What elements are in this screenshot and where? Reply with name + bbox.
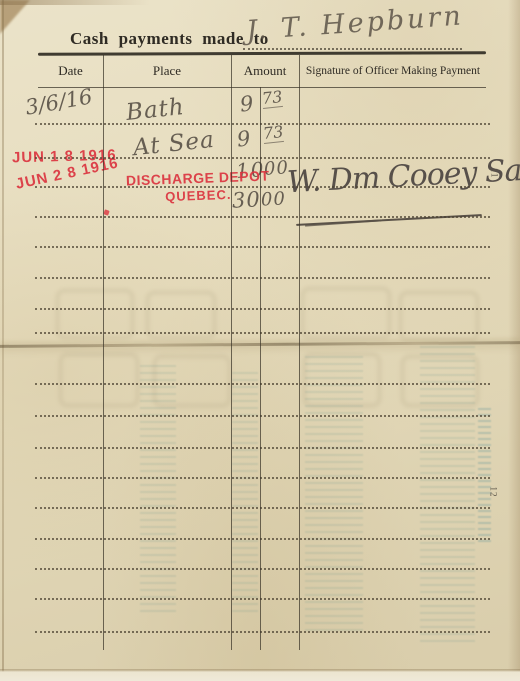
left-edge-line — [2, 0, 4, 681]
bottom-edge-strip — [0, 669, 520, 681]
entry-cents-2: 73 — [262, 122, 284, 144]
table-top-rule — [38, 51, 486, 56]
header-underline — [38, 87, 486, 88]
col-header-place: Place — [103, 63, 231, 79]
bleed-through-ghost — [58, 352, 140, 408]
table-column-divider — [260, 87, 261, 650]
col-header-amount: Amount — [231, 63, 299, 79]
bleed-through-text-column — [140, 365, 176, 615]
table-column-divider — [299, 55, 300, 650]
stamp-ink-speck — [103, 209, 109, 215]
page-number-upper: 11 — [489, 168, 499, 179]
entry-date-1: 3/6/16 — [23, 84, 94, 119]
entry-cents-1: 73 — [261, 87, 283, 109]
entry-dollars-1: 9 — [239, 91, 255, 116]
table-column-divider — [231, 55, 232, 650]
payee-signature-handwritten: J. T. Hepburn — [245, 0, 465, 46]
col-header-signature: Signature of Officer Making Payment — [300, 65, 486, 77]
table-column-divider — [103, 55, 104, 650]
paybook-scan-page: Cash payments made to J. T. Hepburn Date… — [0, 0, 520, 681]
bleed-through-text-column — [478, 408, 491, 543]
bleed-through-text-column — [232, 372, 258, 612]
title-dotted-leader — [243, 48, 462, 50]
bleed-through-text-column — [305, 356, 363, 636]
entry-place-1: Bath — [125, 94, 186, 126]
col-header-date: Date — [38, 63, 103, 79]
bleed-through-text-column — [420, 346, 475, 646]
page-title: Cash payments made to — [70, 29, 269, 49]
bleed-through-ghost — [398, 290, 480, 342]
entry-dollars-2: 9 — [236, 126, 252, 151]
top-edge-shadow — [0, 0, 150, 5]
corner-shadow-top-left — [0, 0, 30, 34]
